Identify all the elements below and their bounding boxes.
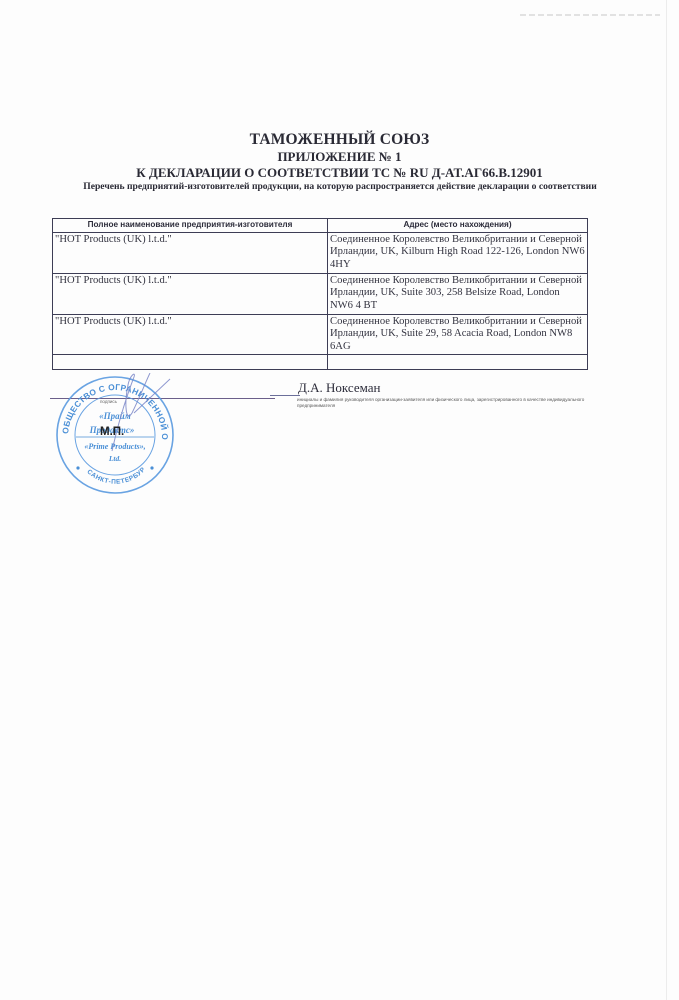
document-title: ТАМОЖЕННЫЙ СОЮЗ [0, 131, 679, 149]
stamp-line4: Ltd. [108, 454, 121, 463]
column-header-address: Адрес (место нахождения) [328, 219, 588, 233]
table-row: "HOT Products (UK) l.t.d." Соединенное К… [53, 232, 588, 273]
table-row: "HOT Products (UK) l.t.d." Соединенное К… [53, 314, 588, 355]
manufacturer-name: "HOT Products (UK) l.t.d." [53, 232, 328, 273]
stamp-line1: «Прайм [99, 411, 131, 421]
manufacturer-address [328, 355, 588, 370]
manufacturer-name [53, 355, 328, 370]
manufacturers-table: Полное наименование предприятия-изготови… [52, 218, 588, 370]
scan-artifact [520, 14, 660, 16]
manufacturer-address: Соединенное Королевство Великобритании и… [328, 232, 588, 273]
appendix-heading: ПРИЛОЖЕНИЕ № 1 [0, 149, 679, 165]
column-header-name: Полное наименование предприятия-изготови… [53, 219, 328, 233]
table-row: "HOT Products (UK) l.t.d." Соединенное К… [53, 273, 588, 314]
seal-placeholder-label: М.П. [100, 426, 124, 438]
table-row-empty [53, 355, 588, 370]
manufacturer-name: "HOT Products (UK) l.t.d." [53, 273, 328, 314]
signer-name: Д.А. Ноксеман [298, 380, 380, 396]
manufacturer-address: Соединенное Королевство Великобритании и… [328, 273, 588, 314]
manufacturer-name: "HOT Products (UK) l.t.d." [53, 314, 328, 355]
signer-underline [270, 395, 300, 396]
declaration-heading: К ДЕКЛАРАЦИИ О СООТВЕТСТВИИ ТС № RU Д-AT… [0, 165, 679, 181]
manufacturer-address: Соединенное Королевство Великобритании и… [328, 314, 588, 355]
table-header-row: Полное наименование предприятия-изготови… [53, 219, 588, 233]
document-subtitle: Перечень предприятий-изготовителей проду… [70, 181, 610, 193]
stamp-line3: «Prime Products», [84, 442, 145, 451]
signer-caption: инициалы и фамилия руководителя организа… [297, 397, 597, 409]
